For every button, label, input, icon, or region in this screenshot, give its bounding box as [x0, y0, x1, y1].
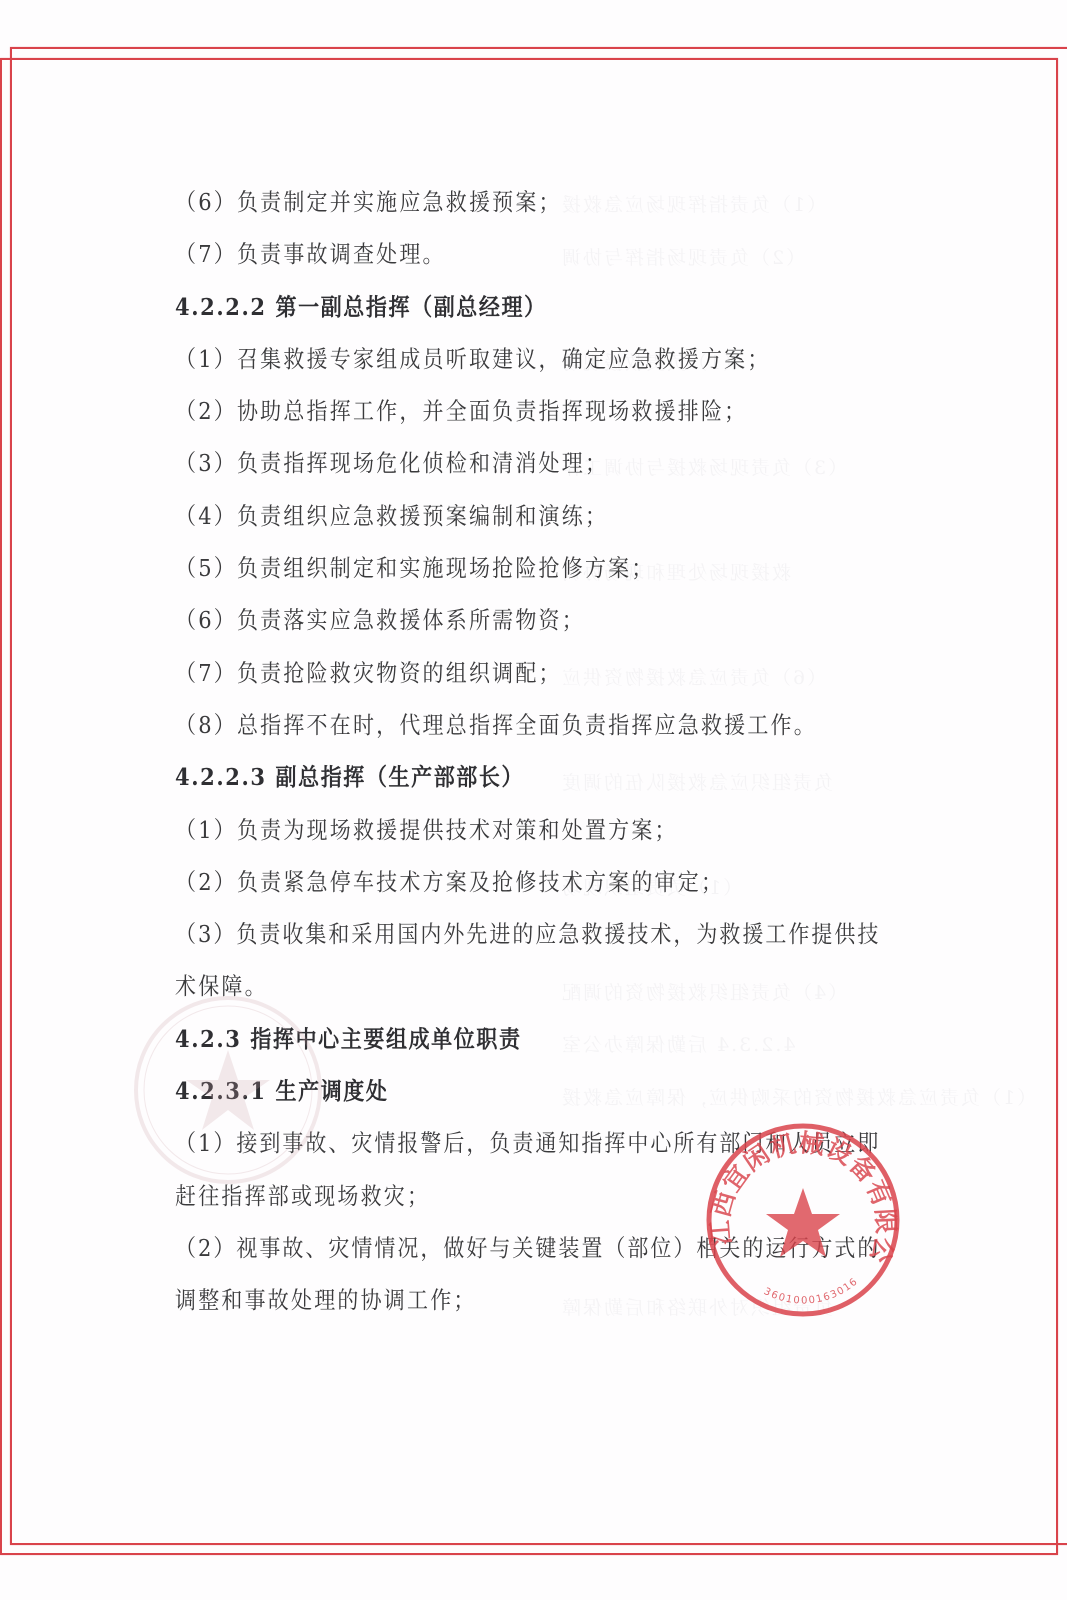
- list-item-continuation: 调整和事故处理的协调工作；: [175, 1282, 895, 1341]
- list-item: （4）负责组织应急救援预案编制和演练；: [175, 498, 895, 557]
- section-heading: 4.2.3 指挥中心主要组成单位职责: [175, 1021, 895, 1080]
- list-item: （1）召集救援专家组成员听取建议，确定应急救援方案；: [175, 341, 895, 400]
- list-item: （7）负责抢险救灾物资的组织调配；: [175, 655, 895, 714]
- section-heading: 4.2.2.3 副总指挥（生产部部长）: [175, 759, 895, 818]
- list-item: （2）协助总指挥工作，并全面负责指挥现场救援排险；: [175, 393, 895, 452]
- list-item: （6）负责落实应急救援体系所需物资；: [175, 602, 895, 661]
- list-item: （2）负责紧急停车技术方案及抢修技术方案的审定；: [175, 864, 895, 923]
- list-item: （8）总指挥不在时，代理总指挥全面负责指挥应急救援工作。: [175, 707, 895, 766]
- section-heading: 4.2.2.2 第一副总指挥（副总经理）: [175, 289, 895, 348]
- list-item: （3）负责指挥现场危化侦检和清消处理；: [175, 445, 895, 504]
- list-item: （5）负责组织制定和实施现场抢险抢修方案；: [175, 550, 895, 609]
- list-item: （3）负责收集和采用国内外先进的应急救援技术，为救援工作提供技: [175, 916, 895, 975]
- list-item-continuation: 赶往指挥部或现场救灾；: [175, 1178, 895, 1237]
- list-item: （1）负责为现场救援提供技术对策和处置方案；: [175, 812, 895, 871]
- document-body: （6）负责制定并实施应急救援预案； （7）负责事故调查处理。 4.2.2.2 第…: [175, 184, 895, 1335]
- list-item-continuation: 术保障。: [175, 968, 895, 1027]
- list-item: （1）接到事故、灾情报警后，负责通知指挥中心所有部门和人员立即: [175, 1125, 895, 1184]
- list-item: （2）视事故、灾情情况，做好与关键装置（部位）相关的运行方式的: [175, 1230, 895, 1289]
- list-item: （6）负责制定并实施应急救援预案；: [175, 184, 895, 243]
- list-item: （7）负责事故调查处理。: [175, 236, 895, 295]
- section-heading: 4.2.3.1 生产调度处: [175, 1073, 895, 1132]
